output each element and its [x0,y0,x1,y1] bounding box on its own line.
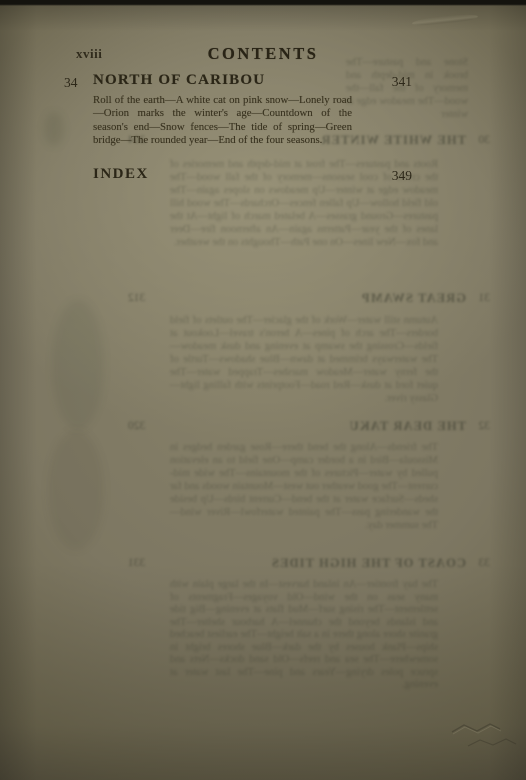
toc-entry-page: 341 [380,74,412,90]
toc-entry-number: 34 [64,75,78,91]
toc-index-title: INDEX [93,166,149,183]
page-folio: xviii [76,46,102,62]
toc-index-page: 349 [380,168,412,184]
scanned-book-page: Stone and pasture—The brook in mid-depth… [0,0,526,780]
running-head: CONTENTS [133,44,393,64]
toc-entry-summary: Roll of the earth—A white cat on pink sn… [93,94,352,148]
page-content: xviii CONTENTS 34 NORTH OF CARIBOU 341 R… [0,0,526,780]
toc-entry-title: NORTH OF CARIBOU [93,72,265,89]
paper-crease-bottom [450,722,520,754]
